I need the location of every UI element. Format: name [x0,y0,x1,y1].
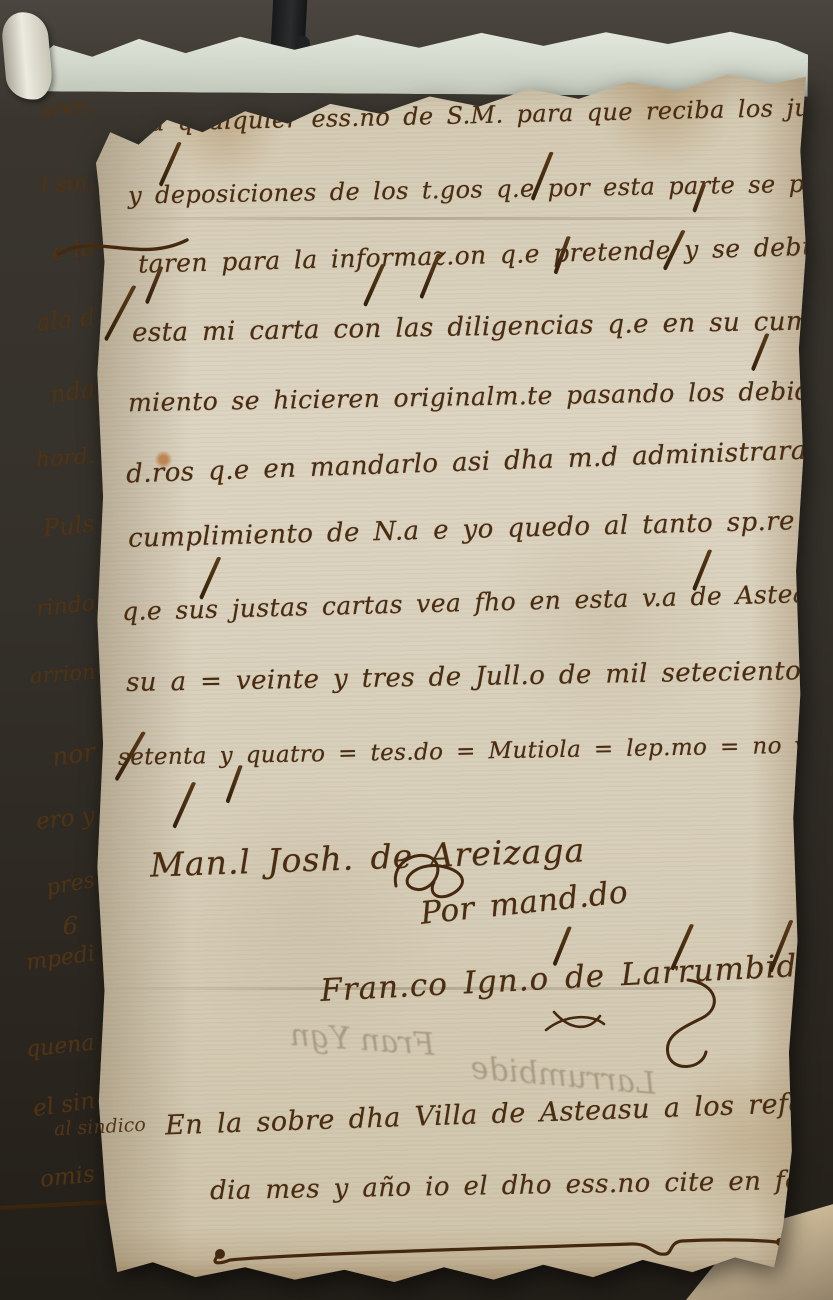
manuscript-line-9: su a = veinte y tres de Jull.o de mil se… [126,656,815,698]
signature-areizaga: Man.l Josh. de Areizaga [149,830,585,884]
signature-cross-flourish [540,1004,610,1040]
manuscript-line-5: miento se hicieren originalm.te pasando … [128,376,833,417]
manuscript-line-7: cumplimiento de N.a e yo quedo al tanto … [128,506,795,553]
paper-crease [96,217,806,220]
gutter-swash [55,226,195,266]
main-page-wrap: a qualquier ess.no de S.M. para que reci… [0,0,833,1300]
signature-larrumbide: Fran.co Ign.o de Larrumbide [319,947,817,1009]
manuscript-line-6: d.ros q.e en mandarlo asi dha m.d admini… [126,435,833,490]
signature-rubric [644,974,728,1078]
manuscript-scan: aren. l sin. e la ala d nda hord. Puls r… [0,0,833,1300]
manuscript-page: a qualquier ess.no de S.M. para que reci… [96,52,806,1287]
closing-line-1: En la sobre dha Villa de Asteasu a los r… [165,1086,833,1142]
manuscript-line-1: a qualquier ess.no de S.M. para que reci… [150,91,833,136]
closing-line-2: dia mes y año io el dho ess.no cite en f… [210,1164,833,1206]
manuscript-line-10: setenta y quatro = tes.do = Mutiola = le… [118,731,833,770]
closing-flourish-line [200,1226,800,1270]
manuscript-line-3: taren para la informaz.on q.e pretende y… [138,230,833,278]
manuscript-line-8: q.e sus justas cartas vea fho en esta v.… [122,579,818,626]
bleed-through-text: Fran Ygn [289,1017,436,1063]
manuscript-line-2: y deposiciones de los t.gos q.e por esta… [128,168,833,209]
manuscript-line-4: esta mi carta con las diligencias q.e en… [132,306,833,349]
